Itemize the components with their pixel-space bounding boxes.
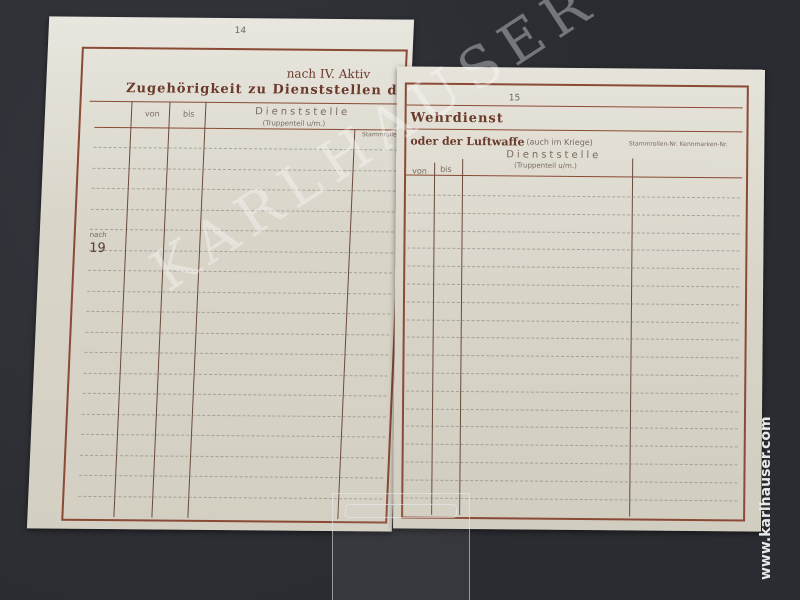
right-col-to: bis (440, 165, 452, 174)
right-page: 15 Wehrdienst oder der Luftwaffe (auch i… (393, 66, 765, 531)
left-header-right: nach IV. Aktiv (286, 67, 370, 82)
site-watermark: www.karlhauser.com (758, 416, 774, 580)
right-page-number: 15 (509, 93, 521, 103)
right-subtitle-note: (auch im Kriege) (526, 138, 593, 148)
right-col-roll: Stammrollen-Nr. Kennmarken-Nr. (628, 140, 728, 148)
left-col-unit: Dienststelle (255, 106, 351, 118)
left-col-unit-sub: (Truppenteil u/m.) (262, 119, 325, 128)
right-col-unit-sub: (Truppenteil u/m.) (514, 161, 577, 170)
margin-note-label: nach (90, 231, 107, 239)
right-col-unit: Dienststelle (506, 149, 601, 161)
acrylic-stand-slot (345, 504, 457, 518)
left-col-to: bis (183, 110, 195, 119)
left-col-from: von (145, 109, 160, 118)
left-page-number: 14 (234, 26, 246, 36)
acrylic-stand (332, 493, 470, 600)
